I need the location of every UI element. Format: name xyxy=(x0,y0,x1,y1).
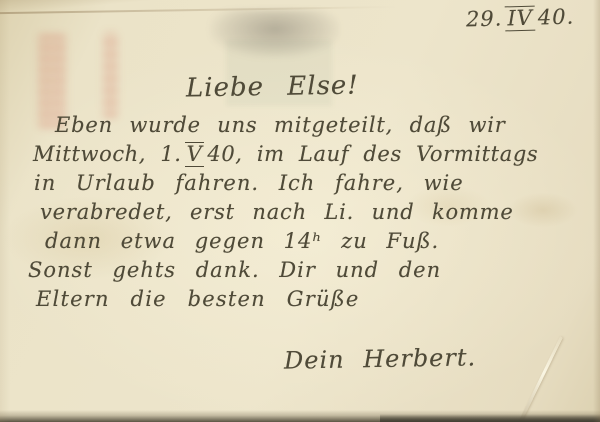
postcard-scan: 29.IV40. Liebe Else! Eben wurde uns mitg… xyxy=(0,0,600,422)
body-line2-pre: Mittwoch, 1. xyxy=(33,142,182,166)
body-line: Mittwoch, 1.V40, im Lauf des Vormittags xyxy=(33,142,538,167)
body-line: Sonst gehts dank. Dir und den xyxy=(28,258,441,282)
signature: Dein Herbert. xyxy=(284,343,477,374)
postcard-paper: 29.IV40. Liebe Else! Eben wurde uns mitg… xyxy=(0,0,600,422)
body-line: verabredet, erst nach Li. und komme xyxy=(40,200,514,224)
date-day: 29. xyxy=(465,6,502,31)
body-line: in Urlaub fahren. Ich fahre, wie xyxy=(34,171,464,195)
salutation: Liebe Else! xyxy=(186,70,359,103)
date-year: 40. xyxy=(537,5,574,30)
gray-smudge xyxy=(210,10,340,58)
date: 29.IV40. xyxy=(465,5,574,33)
body-line: dann etwa gegen 14ʰ zu Fuß. xyxy=(45,229,439,253)
body-line: Eben wurde uns mitgeteilt, daß wir xyxy=(55,113,506,137)
body-line2-roman-month: V xyxy=(185,142,205,167)
body-line2-post: 40, im Lauf des Vormittags xyxy=(207,142,538,166)
card-bottom-edge-shadow xyxy=(380,414,600,422)
stamp-bleed-mark xyxy=(103,32,118,118)
date-roman-month: IV xyxy=(505,6,535,32)
body-line: Eltern die besten Grüße xyxy=(36,287,360,311)
